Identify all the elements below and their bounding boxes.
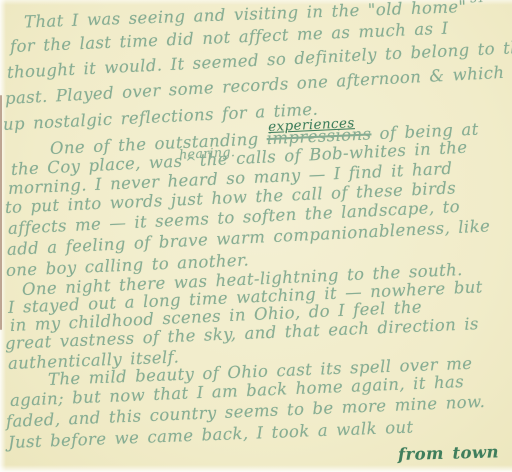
handwriting-line: from town <box>398 443 499 464</box>
inserted-word: hearing. <box>179 145 236 161</box>
catchword-dark-ink: from town <box>398 442 499 464</box>
scan-edge-dark-sliver <box>0 95 2 330</box>
page-number: 31 <box>470 0 485 6</box>
scan-edge-bottom <box>0 465 512 472</box>
caret-insertion: hearing.^ <box>185 152 197 171</box>
journal-page: That I was seeing and visiting in the "o… <box>0 0 512 472</box>
